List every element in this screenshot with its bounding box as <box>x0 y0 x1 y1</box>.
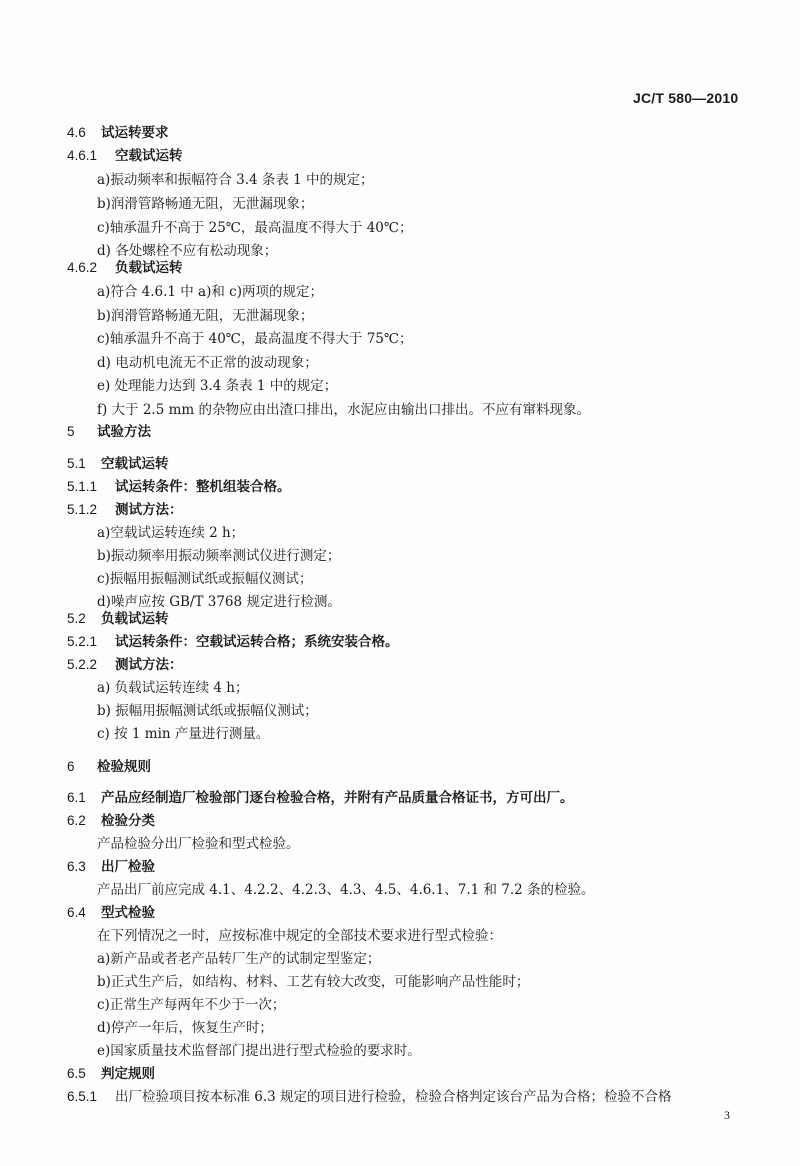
chapter-heading-5: 5试验方法 <box>67 422 151 442</box>
section-heading-6-2: 6.2检验分类 <box>67 811 155 831</box>
list-item: a)空载试运转连续 2 h； <box>97 523 244 543</box>
section-title: 测试方法： <box>115 657 183 673</box>
section-heading-5-1-1: 5.1.1试运转条件：整机组装合格。 <box>67 477 291 497</box>
section-title: 型式检验 <box>101 905 155 921</box>
section-heading-5-2-2: 5.2.2测试方法： <box>67 655 183 675</box>
section-heading-6-4: 6.4型式检验 <box>67 903 155 923</box>
section-number: 4.6.1 <box>67 146 115 166</box>
list-item: b)正式生产后，如结构、材料、工艺有较大改变，可能影响产品性能时； <box>97 972 529 992</box>
section-number: 5.1.1 <box>67 477 115 497</box>
list-item: a)新产品或者老产品转厂生产的试制定型鉴定； <box>97 949 380 969</box>
section-title: 检验分类 <box>101 813 155 829</box>
section-heading-5-1: 5.1空载试运转 <box>67 454 169 474</box>
section-number: 6.5 <box>67 1064 101 1084</box>
section-number: 6.1 <box>67 788 101 808</box>
list-item: c)轴承温升不高于 25℃，最高温度不得大于 40℃； <box>97 218 412 238</box>
section-title: 测试方法： <box>115 502 183 518</box>
section-number: 5.2.1 <box>67 632 115 652</box>
document-code: JC/T 580—2010 <box>633 90 738 106</box>
section-number: 6.2 <box>67 811 101 831</box>
section-title: 检验规则 <box>97 759 151 775</box>
list-item: a)振动频率和振幅符合 3.4 条表 1 中的规定； <box>97 170 374 190</box>
section-heading-5-2: 5.2负载试运转 <box>67 609 169 629</box>
section-number: 5.1 <box>67 454 101 474</box>
section-title: 负载试运转 <box>101 611 169 627</box>
list-item: c) 按 1 min 产量进行测量。 <box>97 724 269 744</box>
section-number: 6.4 <box>67 903 101 923</box>
section-heading-4-6-1: 4.6.1空载试运转 <box>67 146 183 166</box>
paragraph: 在下列情况之一时，应按标准中规定的全部技术要求进行型式检验： <box>97 926 502 946</box>
section-heading-6-5-1: 6.5.1出厂检验项目按本标准 6.3 规定的项目进行检验，检验合格判定该台产品… <box>67 1087 672 1107</box>
section-title: 试验方法 <box>97 424 151 440</box>
list-item: c)振幅用振幅测试纸或振幅仪测试； <box>97 569 312 589</box>
section-heading-6-3: 6.3出厂检验 <box>67 857 155 877</box>
section-number: 5.2 <box>67 609 101 629</box>
list-item: f) 大于 2.5 mm 的杂物应由出渣口排出，水泥应由输出口排出。不应有窜料现… <box>97 400 590 420</box>
list-item: b) 振幅用振幅测试纸或振幅仪测试； <box>97 701 318 721</box>
list-item: a) 负载试运转连续 4 h； <box>97 678 248 698</box>
section-heading-6-1: 6.1产品应经制造厂检验部门逐台检验合格，并附有产品质量合格证书，方可出厂。 <box>67 788 574 808</box>
section-title: 空载试运转 <box>101 456 169 472</box>
section-title: 负载试运转 <box>115 260 183 276</box>
section-title: 出厂检验项目按本标准 6.3 规定的项目进行检验，检验合格判定该台产品为合格；检… <box>115 1089 672 1105</box>
section-title: 空载试运转 <box>115 148 183 164</box>
section-number: 5 <box>67 422 97 442</box>
list-item: c)轴承温升不高于 40℃，最高温度不得大于 75℃； <box>97 329 412 349</box>
section-title: 试运转要求 <box>101 125 169 141</box>
list-item: b)振动频率用振动频率测试仪进行测定； <box>97 546 340 566</box>
section-number: 6.3 <box>67 857 101 877</box>
section-heading-4-6: 4.6试运转要求 <box>67 123 169 143</box>
chapter-heading-6: 6检验规则 <box>67 757 151 777</box>
list-item: e)国家质量技术监督部门提出进行型式检验的要求时。 <box>97 1041 421 1061</box>
list-item: b)润滑管路畅通无阻，无泄漏现象； <box>97 306 313 326</box>
page-number: 3 <box>724 1108 730 1123</box>
section-title: 试运转条件：整机组装合格。 <box>115 479 291 495</box>
section-number: 6 <box>67 757 97 777</box>
section-heading-6-5: 6.5判定规则 <box>67 1064 155 1084</box>
list-item: d)停产一年后，恢复生产时； <box>97 1018 273 1038</box>
section-heading-4-6-2: 4.6.2负载试运转 <box>67 258 183 278</box>
section-title: 出厂检验 <box>101 859 155 875</box>
section-number: 5.1.2 <box>67 500 115 520</box>
section-heading-5-1-2: 5.1.2测试方法： <box>67 500 183 520</box>
paragraph: 产品出厂前应完成 4.1、4.2.2、4.2.3、4.3、4.5、4.6.1、7… <box>97 880 595 900</box>
section-heading-5-2-1: 5.2.1试运转条件：空载试运转合格；系统安装合格。 <box>67 632 399 652</box>
section-number: 5.2.2 <box>67 655 115 675</box>
list-item: d) 电动机电流无不正常的波动现象； <box>97 353 318 373</box>
list-item: a)符合 4.6.1 中 a)和 c)两项的规定； <box>97 282 323 302</box>
section-number: 4.6 <box>67 123 101 143</box>
list-item: e) 处理能力达到 3.4 条表 1 中的规定； <box>97 376 337 396</box>
section-number: 6.5.1 <box>67 1087 115 1107</box>
section-title: 产品应经制造厂检验部门逐台检验合格，并附有产品质量合格证书，方可出厂。 <box>101 790 574 806</box>
section-title: 试运转条件：空载试运转合格；系统安装合格。 <box>115 634 399 650</box>
section-title: 判定规则 <box>101 1066 155 1082</box>
list-item: c)正常生产每两年不少于一次； <box>97 995 285 1015</box>
section-number: 4.6.2 <box>67 258 115 278</box>
paragraph: 产品检验分出厂检验和型式检验。 <box>97 834 300 854</box>
list-item: b)润滑管路畅通无阻，无泄漏现象； <box>97 194 313 214</box>
